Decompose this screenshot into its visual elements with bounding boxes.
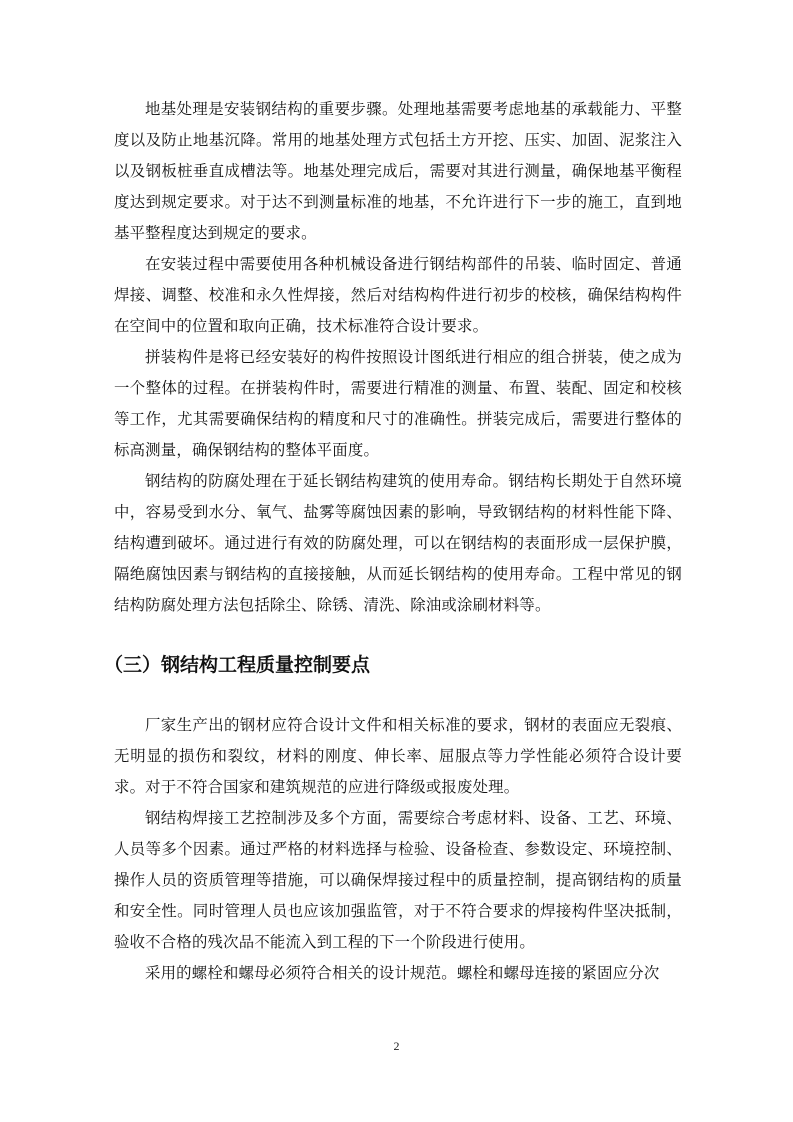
spacer	[114, 680, 682, 710]
paragraph-bolts-nuts: 采用的螺栓和螺母必须符合相关的设计规范。螺栓和螺母连接的紧固应分次	[114, 958, 682, 989]
paragraph-steel-material: 厂家生产出的钢材应符合设计文件和相关标准的要求，钢材的表面应无裂痕、无明显的损伤…	[114, 710, 682, 803]
spacer	[114, 621, 682, 650]
document-page: 地基处理是安装钢结构的重要步骤。处理地基需要考虑地基的承载能力、平整度以及防止地…	[0, 0, 793, 1122]
paragraph-foundation-treatment: 地基处理是安装钢结构的重要步骤。处理地基需要考虑地基的承载能力、平整度以及防止地…	[114, 94, 682, 249]
page-body: 地基处理是安装钢结构的重要步骤。处理地基需要考虑地基的承载能力、平整度以及防止地…	[114, 94, 682, 989]
paragraph-installation-process: 在安装过程中需要使用各种机械设备进行钢结构部件的吊装、临时固定、普通焊接、调整、…	[114, 249, 682, 342]
paragraph-welding-control: 钢结构焊接工艺控制涉及多个方面，需要综合考虑材料、设备、工艺、环境、人员等多个因…	[114, 803, 682, 958]
page-number: 2	[0, 1039, 793, 1054]
section-heading-quality-control: （三）钢结构工程质量控制要点	[104, 650, 682, 680]
paragraph-anticorrosion: 钢结构的防腐处理在于延长钢结构建筑的使用寿命。钢结构长期处于自然环境中，容易受到…	[114, 466, 682, 621]
paragraph-component-assembly: 拼装构件是将已经安装好的构件按照设计图纸进行相应的组合拼装，使之成为一个整体的过…	[114, 342, 682, 466]
